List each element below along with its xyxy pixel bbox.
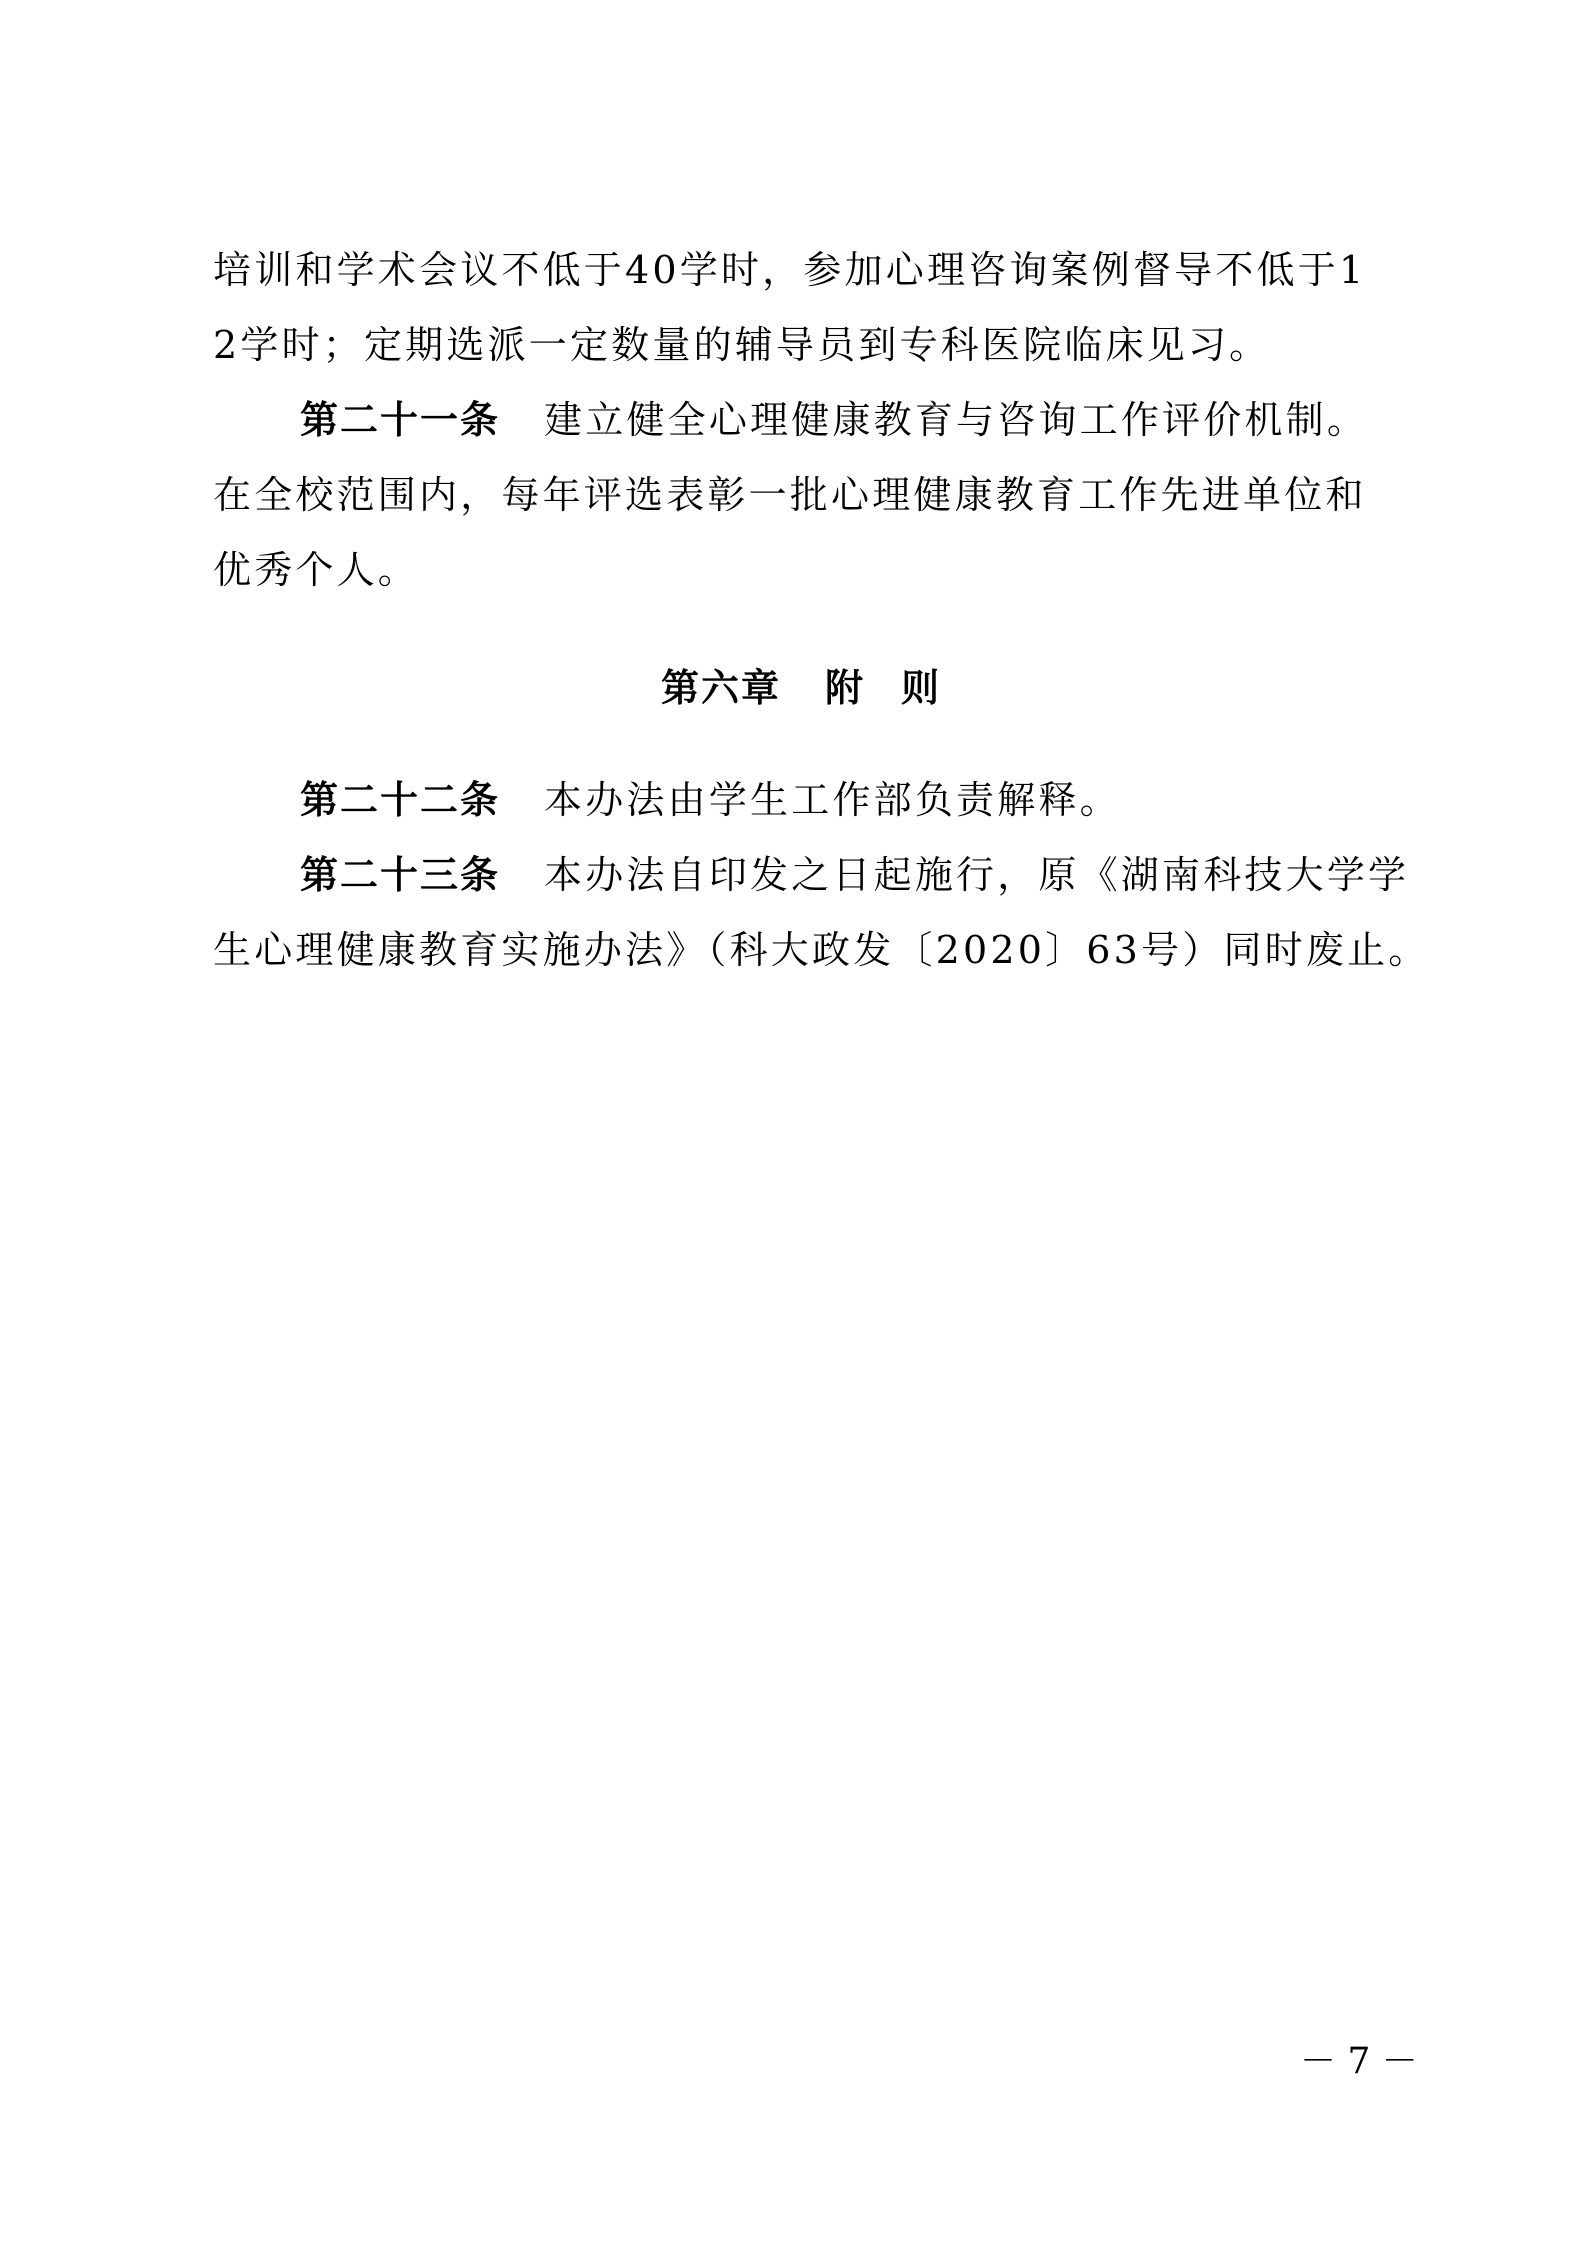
document-page: 培训和学术会议不低于40学时，参加心理咨询案例督导不低于1 2学时；定期选派一定… xyxy=(0,0,1588,2245)
article-number: 第二十三条 xyxy=(300,853,500,897)
page-number: － 7 － xyxy=(1300,2040,1418,2084)
chapter-number: 第六章 xyxy=(661,666,781,710)
article-23-first-line: 第二十三条本办法自印发之日起施行，原《湖南科技大学学 xyxy=(300,851,1480,899)
article-number: 第二十一条 xyxy=(300,398,500,442)
chapter-title-part2: 则 xyxy=(901,666,941,710)
chapter-heading: 第六章附则 xyxy=(0,664,1588,712)
paragraph-line: 在全校范围内，每年评选表彰一批心理健康教育工作先进单位和 xyxy=(213,471,1393,519)
paragraph-line: 培训和学术会议不低于40学时，参加心理咨询案例督导不低于1 xyxy=(213,246,1393,294)
paragraph-line: 2学时；定期选派一定数量的辅导员到专科医院临床见习。 xyxy=(213,321,1393,369)
article-21-first-line: 第二十一条建立健全心理健康教育与咨询工作评价机制。 xyxy=(300,396,1480,444)
article-text: 建立健全心理健康教育与咨询工作评价机制。 xyxy=(544,398,1368,442)
article-number: 第二十二条 xyxy=(300,778,500,822)
paragraph-line: 优秀个人。 xyxy=(213,546,1393,594)
article-22-first-line: 第二十二条本办法由学生工作部负责解释。 xyxy=(300,776,1480,824)
paragraph-line: 生心理健康教育实施办法》（科大政发〔2020〕63号）同时废止。 xyxy=(213,926,1393,974)
article-text: 本办法自印发之日起施行，原《湖南科技大学学 xyxy=(544,853,1409,897)
chapter-title-part1: 附 xyxy=(825,666,865,710)
article-text: 本办法由学生工作部负责解释。 xyxy=(544,778,1121,822)
